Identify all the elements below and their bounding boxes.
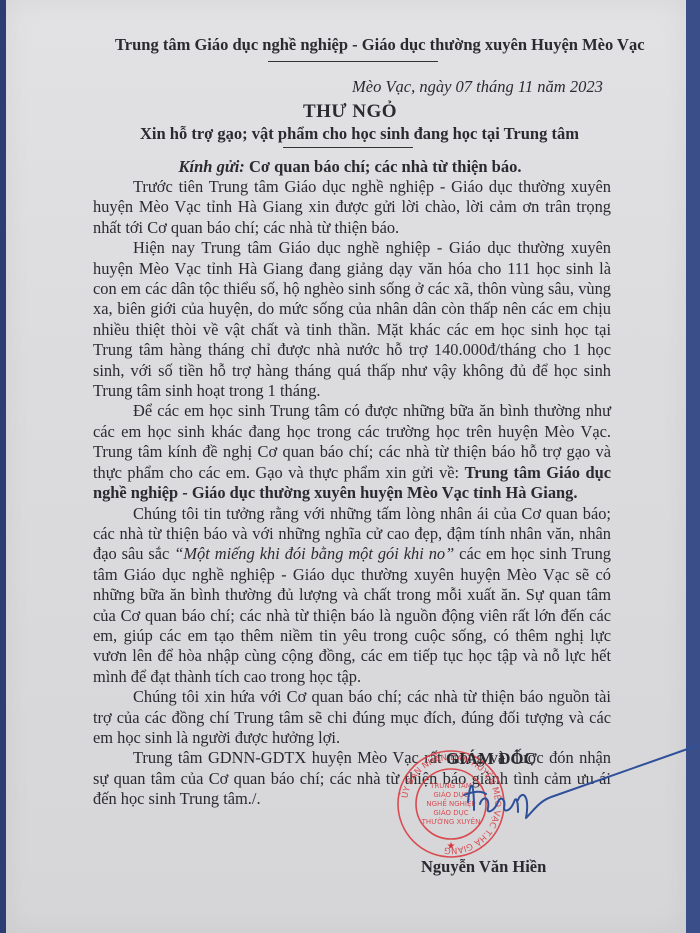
letter-body: Trước tiên Trung tâm Giáo dục nghề nghiệ… [93,177,611,810]
agency-underline [268,61,438,62]
place-date: Mèo Vạc, ngày 07 tháng 11 năm 2023 [352,77,603,97]
paragraph-greeting: Trước tiên Trung tâm Giáo dục nghề nghiệ… [93,177,611,238]
recipient-label: Kính gửi: [179,157,245,176]
issuing-agency: Trung tâm Giáo dục nghề nghiệp - Giáo dụ… [115,35,635,55]
document-subtitle: Xin hỗ trợ gạo; vật phẩm cho học sinh đa… [140,124,579,144]
paragraph-belief: Chúng tôi tin tưởng rằng với những tấm l… [93,504,611,688]
paragraph-situation: Hiện nay Trung tâm Giáo dục nghề nghiệp … [93,238,611,401]
recipient-value: Cơ quan báo chí; các nhà từ thiện báo. [249,157,522,176]
svg-text:★: ★ [447,841,456,852]
document-title: THƯ NGỎ [0,101,700,123]
subtitle-underline [283,147,413,148]
handwritten-signature-icon [460,740,700,850]
recipient-line: Kính gửi: Cơ quan báo chí; các nhà từ th… [0,157,700,177]
paragraph-request: Để các em học sinh Trung tâm có được nhữ… [93,401,611,503]
belief-text-end: các em học sinh Trung tâm Giáo dục nghề … [93,544,611,685]
proverb-quote: “Một miếng khi đói bằng một gói khi no” [174,544,454,563]
signatory-name: Nguyễn Văn Hiền [421,857,546,877]
